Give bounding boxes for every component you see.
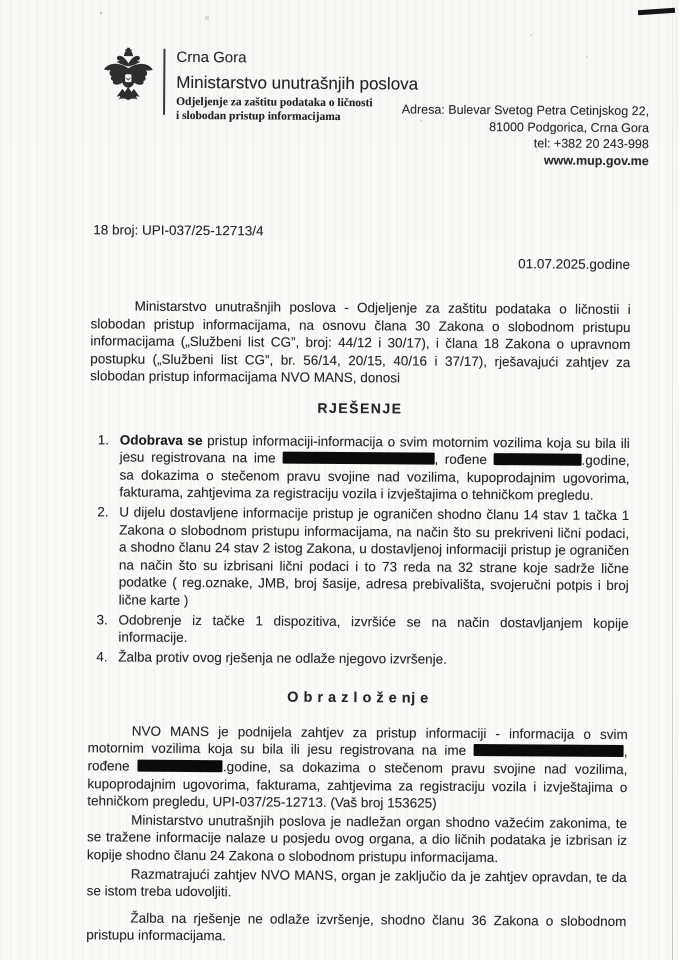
department-line2: i slobodan pristup informacijama [176,109,418,124]
decision-item-text: Žalba protiv ovog rješenja ne odlaže nje… [118,648,628,669]
letterhead-divider [163,49,165,115]
redaction-bar [138,760,223,773]
decision-item-text: U dijelu dostavljene informacije pristup… [119,503,630,612]
letterhead: Crna Gora Ministarstvo unutrašnjih poslo… [102,46,418,124]
address-phone: tel: +382 20 243-998 [401,134,648,152]
address-website: www.mup.gov.me [401,151,648,169]
reference-number: 18 broj: UPI-037/25-12713/4 [93,222,263,238]
document-date: 01.07.2025.godine [518,256,630,272]
scanned-document-page: Crna Gora Ministarstvo unutrašnjih poslo… [0,0,679,960]
redaction-bar [474,744,624,757]
address-block: Adresa: Bulevar Svetog Petra Cetinjskog … [401,101,649,169]
intro-paragraph: Ministarstvo unutrašnjih poslova - Odjel… [90,297,631,389]
decision-item-1: 1. Odobrava se pristup informaciji-infor… [89,431,629,505]
department-line1: Odjeljenje za zaštitu podataka o ličnost… [176,96,418,111]
explanation-paragraph-2: Ministarstvo unutrašnjih poslova je nadl… [87,811,627,868]
explanation-paragraph-3: Razmatrajući zahtjev NVO MANS, organ je … [87,865,627,904]
decision-item-3: 3. Odobrenje iz tačke 1 dispozitiva, izv… [88,611,628,650]
decision-item-2: 2. U dijelu dostavljene informacije pris… [89,503,630,612]
decision-item-4: 4. Žalba protiv ovog rješenja ne odlaže … [88,648,628,669]
decision-item-text: Odobrava se pristup informaciji-informac… [119,431,629,505]
decision-heading: RJEŠENJE [90,398,630,419]
explanation-paragraph-1: NVO MANS je podnijela zahtjev za pristup… [87,722,628,814]
address-city: 81000 Podgorica, Crna Gora [402,118,649,136]
decision-item-number: 3. [96,611,118,646]
document-body: Ministarstvo unutrašnjih poslova - Odjel… [86,297,631,948]
redaction-bar [494,453,582,466]
decision-item-number: 2. [97,503,120,609]
decision-item-text: Odobrenje iz tačke 1 dispozitiva, izvrši… [118,611,628,650]
document-content: Crna Gora Ministarstvo unutrašnjih poslo… [0,0,679,960]
address-street: Adresa: Bulevar Svetog Petra Cetinjskog … [402,101,649,119]
montenegro-coat-of-arms-icon [102,46,154,114]
decision-item-number: 4. [96,648,118,666]
country-name: Crna Gora [176,49,418,68]
explanation-heading: O b r a z l o ž e nj e [88,689,628,710]
redaction-bar [282,452,434,465]
ministry-name: Ministarstvo unutrašnjih poslova [176,73,418,95]
decision-list: 1. Odobrava se pristup informaciji-infor… [88,431,630,669]
decision-item-number: 1. [97,431,119,502]
explanation-paragraph-4: Žalba na rješenje ne odlaže izvršenje, s… [86,909,626,948]
